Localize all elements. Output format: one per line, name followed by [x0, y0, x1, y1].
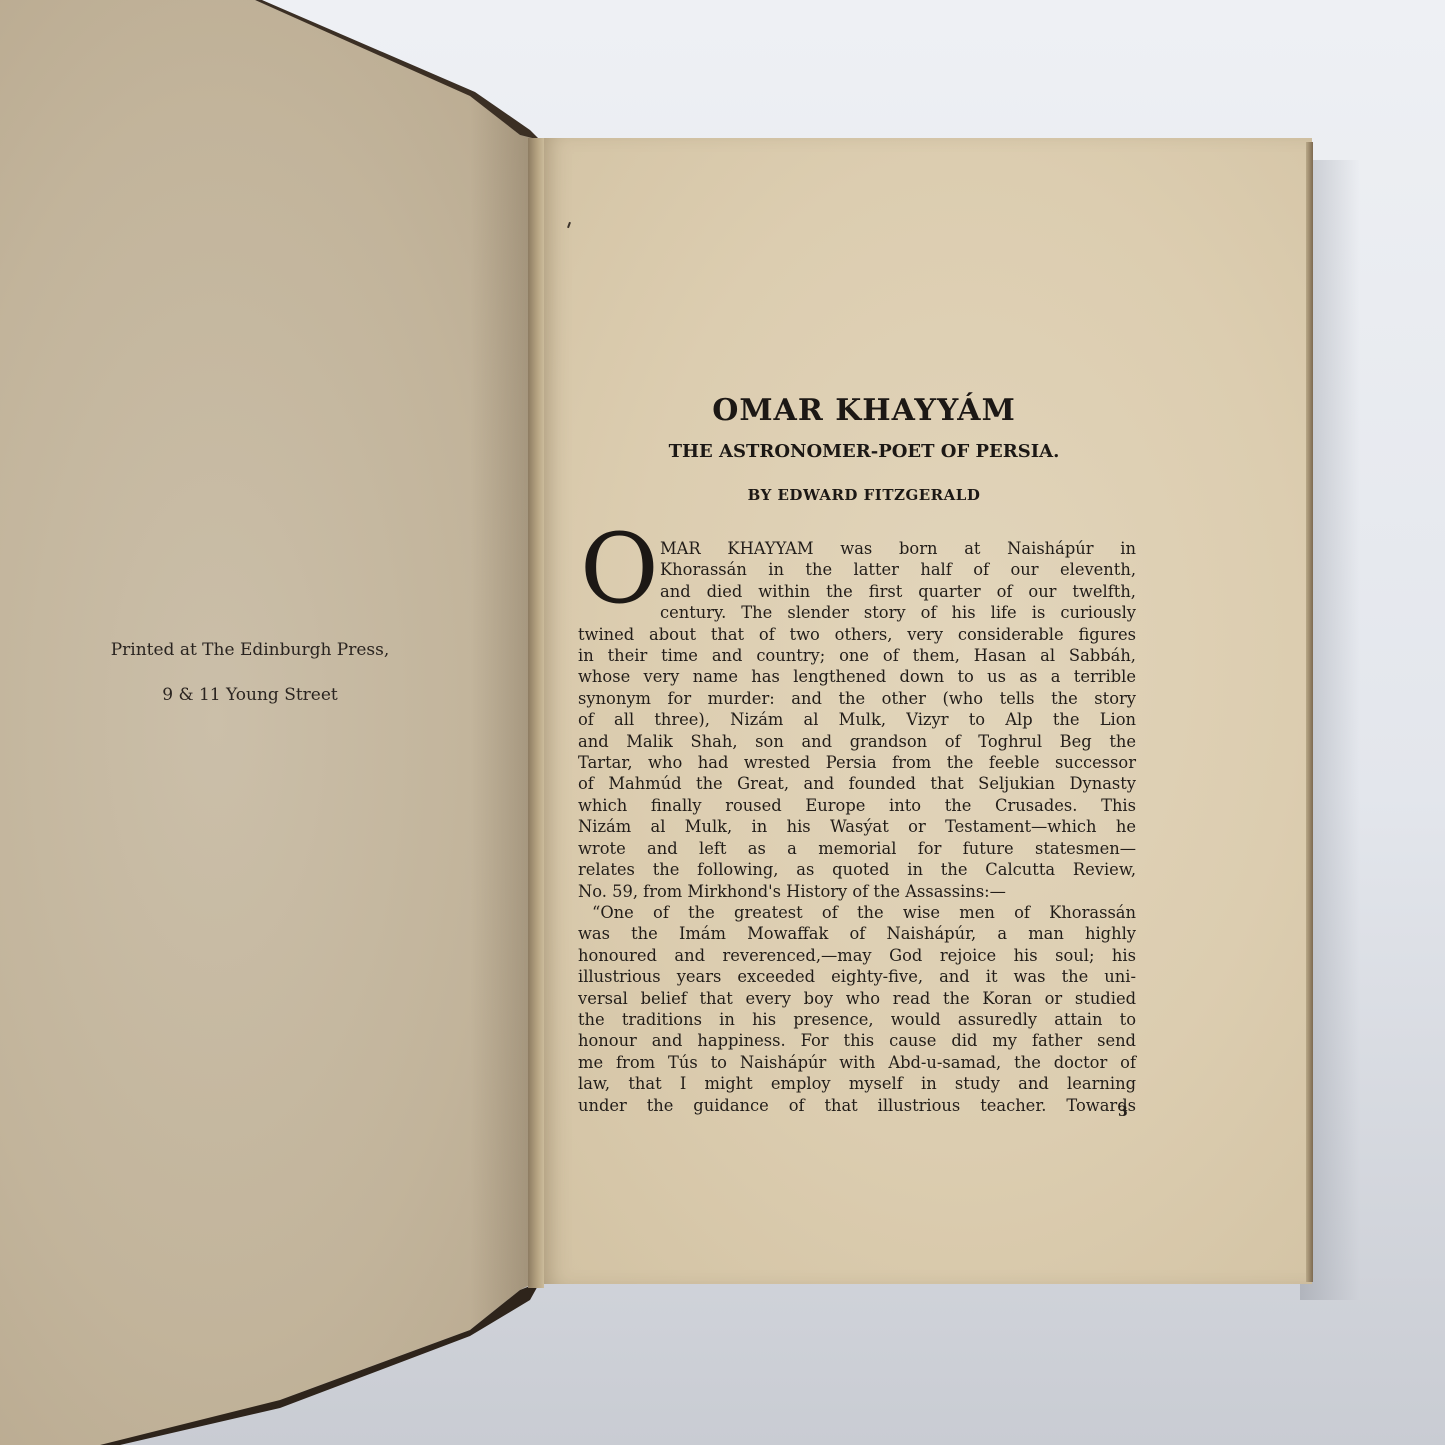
text-line: Tartar, who had wrested Persia from the … — [578, 752, 1136, 773]
text-line: MAR KHAYYAM was born at Naishápúr in — [578, 538, 1136, 559]
imprint-line-2: 9 & 11 Young Street — [90, 673, 410, 718]
page-number: 3 — [1118, 1104, 1128, 1120]
text-line: versal belief that every boy who read th… — [578, 988, 1136, 1009]
left-page — [0, 0, 540, 1445]
author-byline: BY EDWARD FITZGERALD — [540, 486, 1188, 504]
text-line: Khorassán in the latter half of our elev… — [578, 559, 1136, 580]
book-gutter — [528, 138, 544, 1288]
text-line: honour and happiness. For this cause did… — [578, 1030, 1136, 1051]
text-line: the traditions in his presence, would as… — [578, 1009, 1136, 1030]
right-page-edge — [1306, 142, 1313, 1282]
text-line: whose very name has lengthened down to u… — [578, 666, 1136, 687]
text-line: honoured and reverenced,—may God rejoice… — [578, 945, 1136, 966]
text-line: wrote and left as a memorial for future … — [578, 838, 1136, 859]
text-line: of all three), Nizám al Mulk, Vizyr to A… — [578, 709, 1136, 730]
text-line: synonym for murder: and the other (who t… — [578, 688, 1136, 709]
text-line: illustrious years exceeded eighty-five, … — [578, 966, 1136, 987]
text-line: relates the following, as quoted in the … — [578, 859, 1136, 880]
text-line: under the guidance of that illustrious t… — [578, 1095, 1136, 1116]
text-line: was the Imám Mowaffak of Naishápúr, a ma… — [578, 923, 1136, 944]
text-line: twined about that of two others, very co… — [578, 624, 1136, 645]
page-subtitle: THE ASTRONOMER-POET OF PERSIA. — [540, 441, 1188, 462]
text-line: No. 59, from Mirkhond's History of the A… — [578, 881, 1136, 902]
body-text: MAR KHAYYAM was born at Naishápúr in Kho… — [578, 538, 1136, 1116]
text-line: Nizám al Mulk, in his Wasýat or Testamen… — [578, 816, 1136, 837]
text-line: and Malik Shah, son and grandson of Togh… — [578, 731, 1136, 752]
text-line: which finally roused Europe into the Cru… — [578, 795, 1136, 816]
text-line: “One of the greatest of the wise men of … — [578, 902, 1136, 923]
text-line: of Mahmúd the Great, and founded that Se… — [578, 773, 1136, 794]
text-line: century. The slender story of his life i… — [578, 602, 1136, 623]
text-line: and died within the first quarter of our… — [578, 581, 1136, 602]
text-line: in their time and country; one of them, … — [578, 645, 1136, 666]
imprint-line-1: Printed at The Edinburgh Press, — [90, 628, 410, 673]
text-line: me from Tús to Naishápúr with Abd-u-sama… — [578, 1052, 1136, 1073]
printer-imprint: Printed at The Edinburgh Press, 9 & 11 Y… — [90, 628, 410, 718]
text-line: law, that I might employ myself in study… — [578, 1073, 1136, 1094]
page-title: OMAR KHAYYÁM — [540, 393, 1188, 428]
